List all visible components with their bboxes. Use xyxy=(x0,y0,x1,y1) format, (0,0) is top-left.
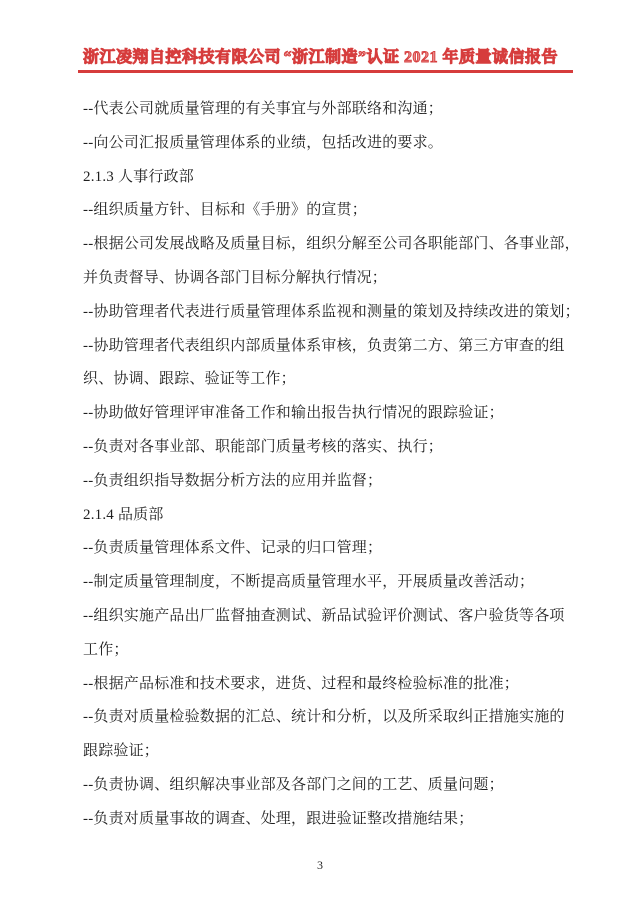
text-line: 并负责督导、协调各部门目标分解执行情况； xyxy=(83,262,583,296)
text-line: --负责对质量检验数据的汇总、统计和分析，以及所采取纠正措施实施的 xyxy=(83,701,583,735)
text-line: --协助做好管理评审准备工作和输出报告执行情况的跟踪验证； xyxy=(83,397,583,431)
text-line: --向公司汇报质量管理体系的业绩，包括改进的要求。 xyxy=(83,127,583,161)
page-number: 3 xyxy=(317,858,323,872)
header-company-name: 浙江凌翔自控科技有限公司 xyxy=(83,44,281,67)
text-line: --代表公司就质量管理的有关事宜与外部联络和沟通； xyxy=(83,93,583,127)
text-line: 工作； xyxy=(83,634,583,668)
text-line: 2.1.3 人事行政部 xyxy=(83,161,583,195)
text-line: --负责协调、组织解决事业部及各部门之间的工艺、质量问题； xyxy=(83,769,583,803)
text-line: 跟踪验证； xyxy=(83,735,583,769)
text-line: --负责组织指导数据分析方法的应用并监督； xyxy=(83,465,583,499)
text-line: --组织实施产品出厂监督抽查测试、新品试验评价测试、客户验货等各项 xyxy=(83,600,583,634)
text-line: --负责对质量事故的调查、处理，跟进验证整改措施结果； xyxy=(83,803,583,837)
text-line: --负责质量管理体系文件、记录的归口管理； xyxy=(83,532,583,566)
text-line: 2.1.4 品质部 xyxy=(83,499,583,533)
header-double-rule xyxy=(78,70,573,73)
page-header: 浙江凌翔自控科技有限公司 “浙江制造”认证 2021 年质量诚信报告 xyxy=(83,44,558,67)
body-text: --代表公司就质量管理的有关事宜与外部联络和沟通；--向公司汇报质量管理体系的业… xyxy=(83,93,583,837)
text-line: --组织质量方针、目标和《手册》的宣贯； xyxy=(83,194,583,228)
header-report-title: “浙江制造”认证 2021 年质量诚信报告 xyxy=(283,44,558,67)
text-line: --根据产品标准和技术要求，进货、过程和最终检验标准的批准； xyxy=(83,668,583,702)
page-footer: 3 xyxy=(0,858,640,873)
text-line: --负责对各事业部、职能部门质量考核的落实、执行； xyxy=(83,431,583,465)
text-line: 织、协调、跟踪、验证等工作； xyxy=(83,363,583,397)
document-page: 浙江凌翔自控科技有限公司 “浙江制造”认证 2021 年质量诚信报告 --代表公… xyxy=(0,0,640,905)
text-line: --根据公司发展战略及质量目标，组织分解至公司各职能部门、各事业部， xyxy=(83,228,583,262)
text-line: --制定质量管理制度，不断提高质量管理水平，开展质量改善活动； xyxy=(83,566,583,600)
text-line: --协助管理者代表进行质量管理体系监视和测量的策划及持续改进的策划； xyxy=(83,296,583,330)
text-line: --协助管理者代表组织内部质量体系审核，负责第二方、第三方审查的组 xyxy=(83,330,583,364)
